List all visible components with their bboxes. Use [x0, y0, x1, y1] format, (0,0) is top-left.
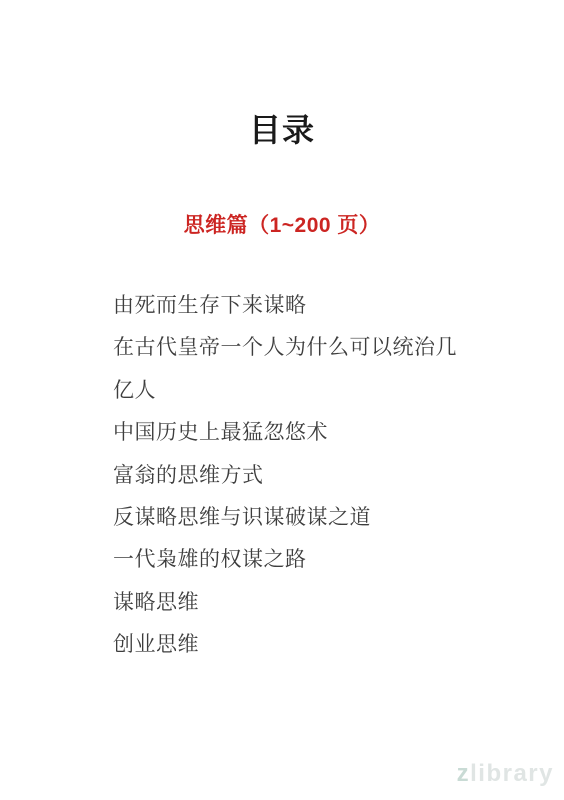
toc-line: 中国历史上最猛忽悠术 [113, 412, 483, 454]
toc-line: 富翁的思维方式 [113, 455, 483, 497]
section-heading: 思维篇（1~200 页） [0, 212, 564, 240]
toc-line: 反谋略思维与识谋破谋之道 [113, 497, 483, 539]
toc-page: 目录 思维篇（1~200 页） 由死而生存下来谋略 在古代皇帝一个人为什么可以统… [0, 0, 564, 800]
toc-list: 由死而生存下来谋略 在古代皇帝一个人为什么可以统治几 亿人 中国历史上最猛忽悠术… [113, 285, 483, 667]
toc-line: 谋略思维 [113, 582, 483, 624]
toc-line: 亿人 [113, 370, 483, 412]
watermark-letter-z: z [457, 760, 471, 787]
watermark-text: library [470, 760, 554, 787]
zlibrary-watermark: zlibrary [457, 762, 554, 786]
toc-line: 一代枭雄的权谋之路 [113, 539, 483, 581]
toc-line: 由死而生存下来谋略 [113, 285, 483, 327]
page-title: 目录 [0, 110, 564, 150]
toc-line: 创业思维 [113, 624, 483, 666]
toc-line: 在古代皇帝一个人为什么可以统治几 [113, 327, 483, 369]
